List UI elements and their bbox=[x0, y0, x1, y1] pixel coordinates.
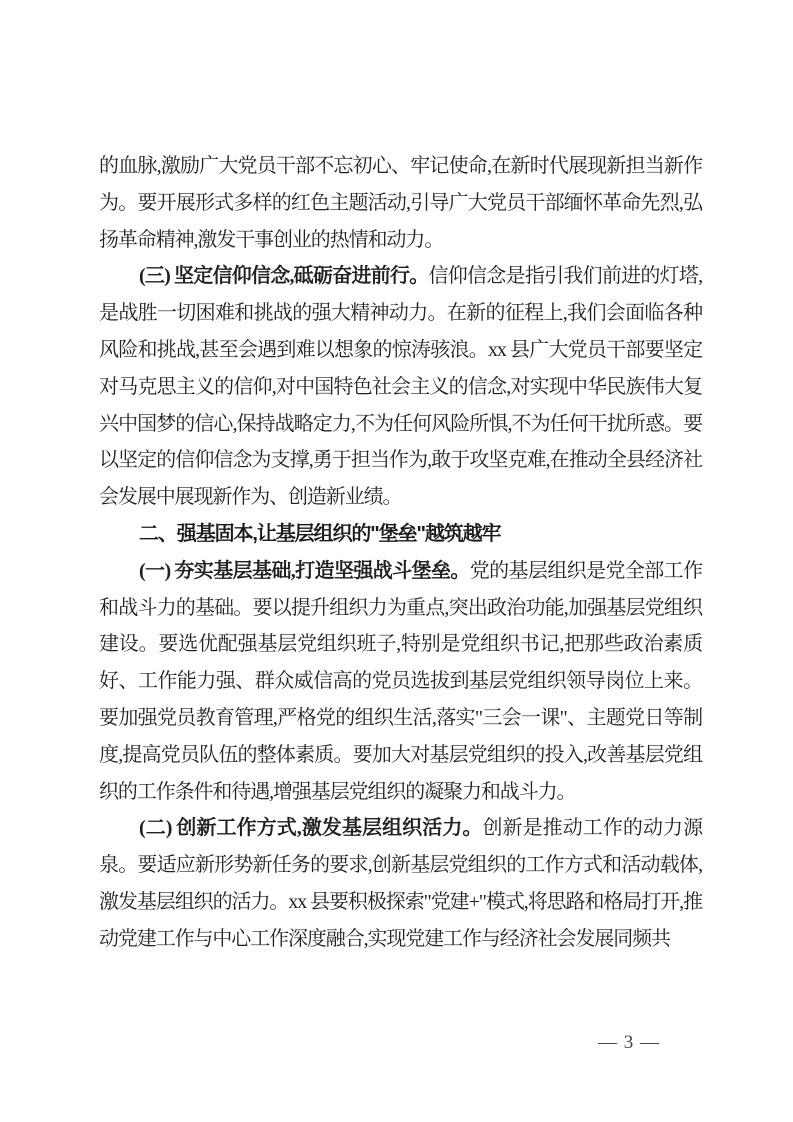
paragraph-item-3-lead: (三) 坚定信仰信念,砥砺奋进前行。 bbox=[139, 265, 429, 287]
paragraph-item-1: (一) 夯实基层基础,打造坚强战斗堡垒。党的基层组织是党全部工作和战斗力的基础。… bbox=[99, 553, 702, 811]
paragraph-item-1-lead: (一) 夯实基层基础,打造坚强战斗堡垒。 bbox=[139, 560, 470, 582]
paragraph-item-3: (三) 坚定信仰信念,砥砺奋进前行。信仰信念是指引我们前进的灯塔,是战胜一切困难… bbox=[99, 258, 702, 516]
paragraph-item-2: (二) 创新工作方式,激发基层组织活力。创新是推动工作的动力源泉。要适应新形势新… bbox=[99, 810, 702, 957]
document-page: 的血脉,激励广大党员干部不忘初心、牢记使命,在新时代展现新担当新作为。要开展形式… bbox=[0, 0, 793, 1122]
document-body: 的血脉,激励广大党员干部不忘初心、牢记使命,在新时代展现新担当新作为。要开展形式… bbox=[99, 148, 702, 958]
page-number: — 3 — bbox=[598, 1032, 660, 1054]
paragraph-item-3-text: 信仰信念是指引我们前进的灯塔,是战胜一切困难和挑战的强大精神动力。在新的征程上,… bbox=[99, 265, 702, 508]
paragraph-continuation: 的血脉,激励广大党员干部不忘初心、牢记使命,在新时代展现新担当新作为。要开展形式… bbox=[99, 148, 702, 258]
paragraph-item-1-text: 党的基层组织是党全部工作和战斗力的基础。要以提升组织力为重点,突出政治功能,加强… bbox=[99, 560, 702, 803]
section-heading-2: 二、强基固本,让基层组织的"堡垒"越筑越牢 bbox=[99, 516, 702, 553]
paragraph-item-2-lead: (二) 创新工作方式,激发基层组织活力。 bbox=[139, 817, 482, 839]
